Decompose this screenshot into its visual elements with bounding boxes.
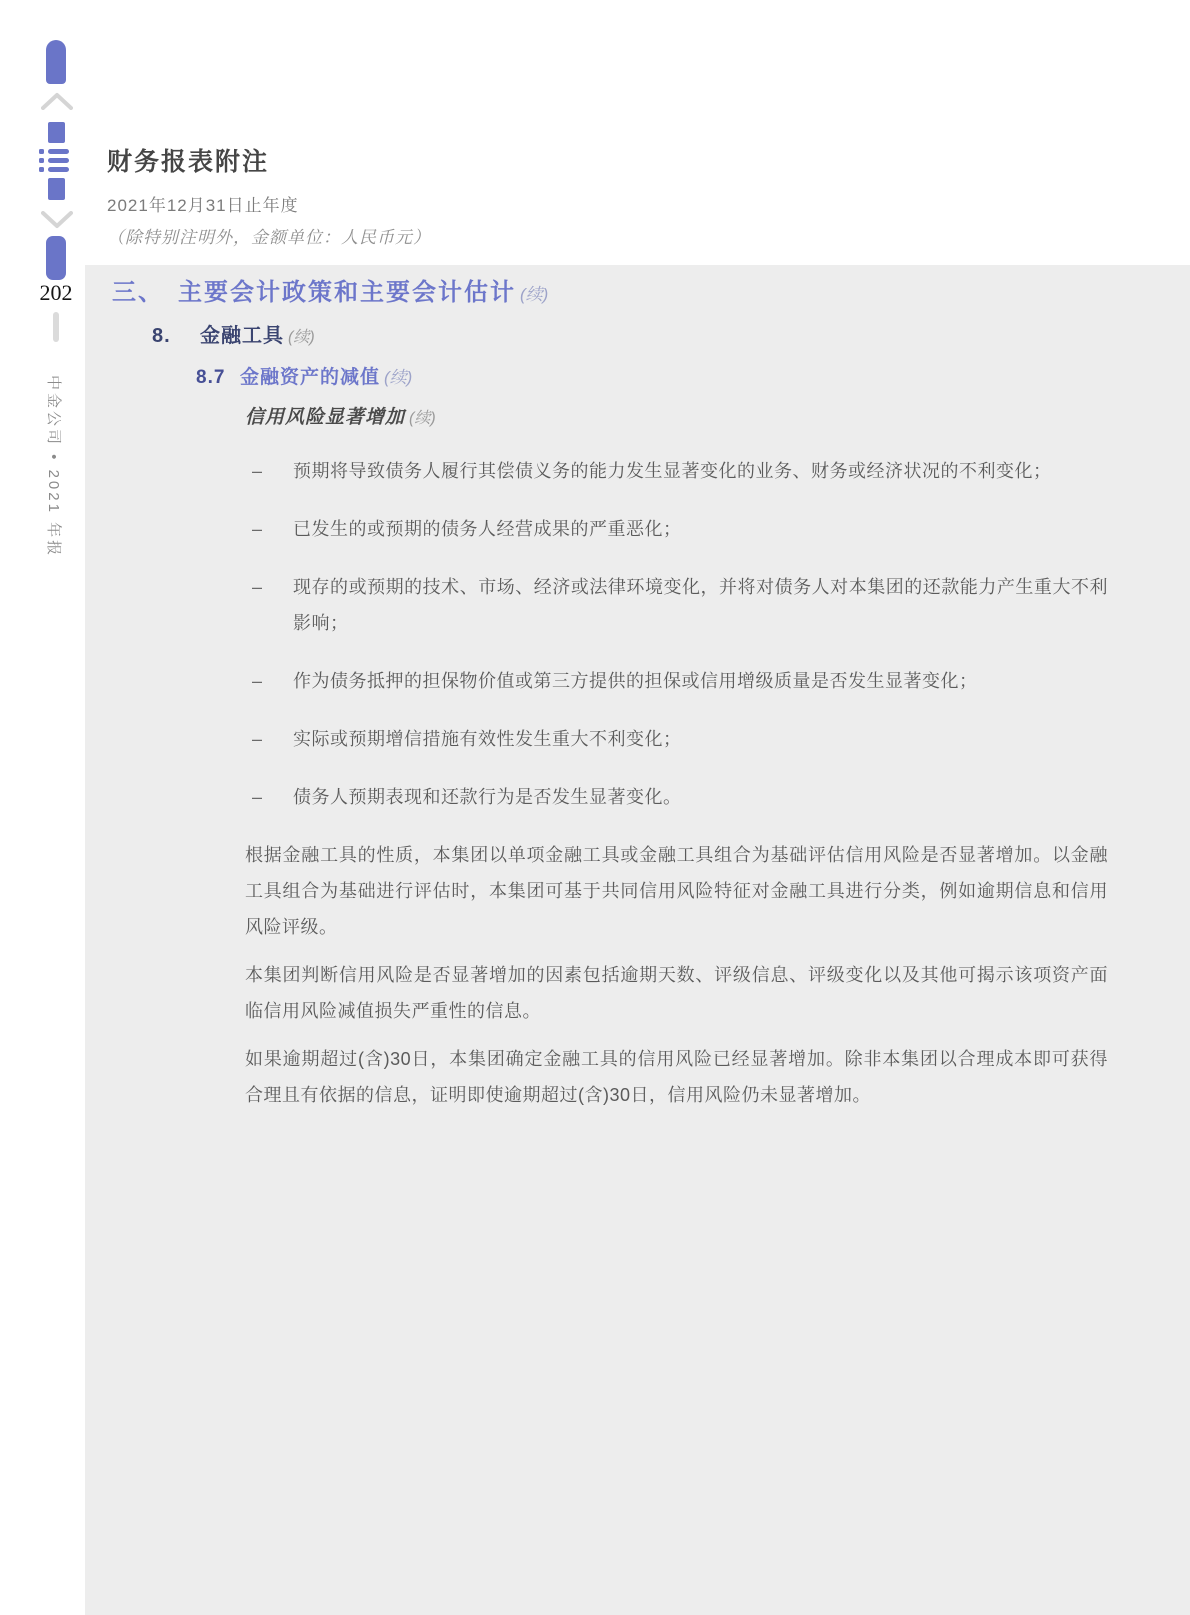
subsection-number: 8. [152,322,200,350]
chevron-up-icon [41,92,73,110]
topic-heading: 信用风险显著增加(续) [245,404,1108,432]
list-item: – 债务人预期表现和还款行为是否发生显著变化。 [252,779,1108,815]
subsection-number: 8.7 [196,364,240,391]
section-number: 三、 [112,278,164,308]
topic-title: 信用风险显著增加 [245,407,405,428]
dash-bullet: – [252,663,293,699]
body-paragraph: 根据金融工具的性质，本集团以单项金融工具或金融工具组合为基础评估信用风险是否显著… [245,837,1108,945]
page-header: 财务报表附注 2021年12月31日止年度 （除特别注明外，金额单位：人民币元） [107,142,431,248]
list-item-text: 作为债务抵押的担保物价值或第三方提供的担保或信用增级质量是否发生显著变化； [293,663,1108,699]
list-item: – 作为债务抵押的担保物价值或第三方提供的担保或信用增级质量是否发生显著变化； [252,663,1108,699]
section-heading: 三、 主要会计政策和主要会计估计 (续) [112,278,1108,310]
list-item-text: 预期将导致债务人履行其偿债义务的能力发生显著变化的业务、财务或经济状况的不利变化… [293,453,1108,489]
section-title: 主要会计政策和主要会计估计 [178,278,516,308]
continued-suffix: (续) [520,280,548,310]
spine-decoration-bar-bottom [46,236,66,280]
reporting-period: 2021年12月31日止年度 [107,191,431,216]
continued-suffix: (续) [409,410,436,427]
list-item: – 已发生的或预期的债务人经营成果的严重恶化； [252,511,1108,547]
page-number: 202 [23,280,89,306]
chevron-down-icon [41,211,73,229]
continued-suffix: (续) [288,324,315,352]
list-item-text: 现存的或预期的技术、市场、经济或法律环境变化，并将对债务人对本集团的还款能力产生… [293,569,1108,641]
dash-bullet: – [252,453,293,489]
currency-note: （除特别注明外，金额单位：人民币元） [107,223,431,248]
spine-decoration-bar-top [46,40,66,84]
continued-suffix: (续) [384,364,412,391]
dash-bullet: – [252,511,293,547]
list-item: – 现存的或预期的技术、市场、经济或法律环境变化，并将对债务人对本集团的还款能力… [252,569,1108,641]
risk-factor-list: – 预期将导致债务人履行其偿债义务的能力发生显著变化的业务、财务或经济状况的不利… [252,453,1108,815]
list-item: – 预期将导致债务人履行其偿债义务的能力发生显著变化的业务、财务或经济状况的不利… [252,453,1108,489]
list-item-text: 已发生的或预期的债务人经营成果的严重恶化； [293,511,1108,547]
notes-content-panel: 三、 主要会计政策和主要会计估计 (续) 8. 金融工具 (续) 8.7 金融资… [85,265,1190,1615]
spine-decoration-block [48,122,65,143]
document-title: 财务报表附注 [107,142,431,178]
left-spine-sidebar: 202 中金公司 • 2021 年报 [0,0,85,1615]
subsection-8-7-heading: 8.7 金融资产的减值 (续) [196,364,1108,391]
subsection-8-heading: 8. 金融工具 (续) [152,322,1108,352]
list-item-text: 实际或预期增信措施有效性发生重大不利变化； [293,721,1108,757]
page-number-divider [53,312,59,342]
subsection-title: 金融资产的减值 [240,364,380,391]
list-item: – 实际或预期增信措施有效性发生重大不利变化； [252,721,1108,757]
dash-bullet: – [252,721,293,757]
list-item-text: 债务人预期表现和还款行为是否发生显著变化。 [293,779,1108,815]
body-paragraph: 如果逾期超过(含)30日，本集团确定金融工具的信用风险已经显著增加。除非本集团以… [245,1041,1108,1113]
list-icon [39,149,69,172]
body-paragraph: 本集团判断信用风险是否显著增加的因素包括逾期天数、评级信息、评级变化以及其他可揭… [245,957,1108,1029]
dash-bullet: – [252,569,293,641]
spine-decoration-block [48,178,65,200]
spine-company-year-label: 中金公司 • 2021 年报 [44,375,65,558]
subsection-title: 金融工具 [200,322,284,350]
dash-bullet: – [252,779,293,815]
